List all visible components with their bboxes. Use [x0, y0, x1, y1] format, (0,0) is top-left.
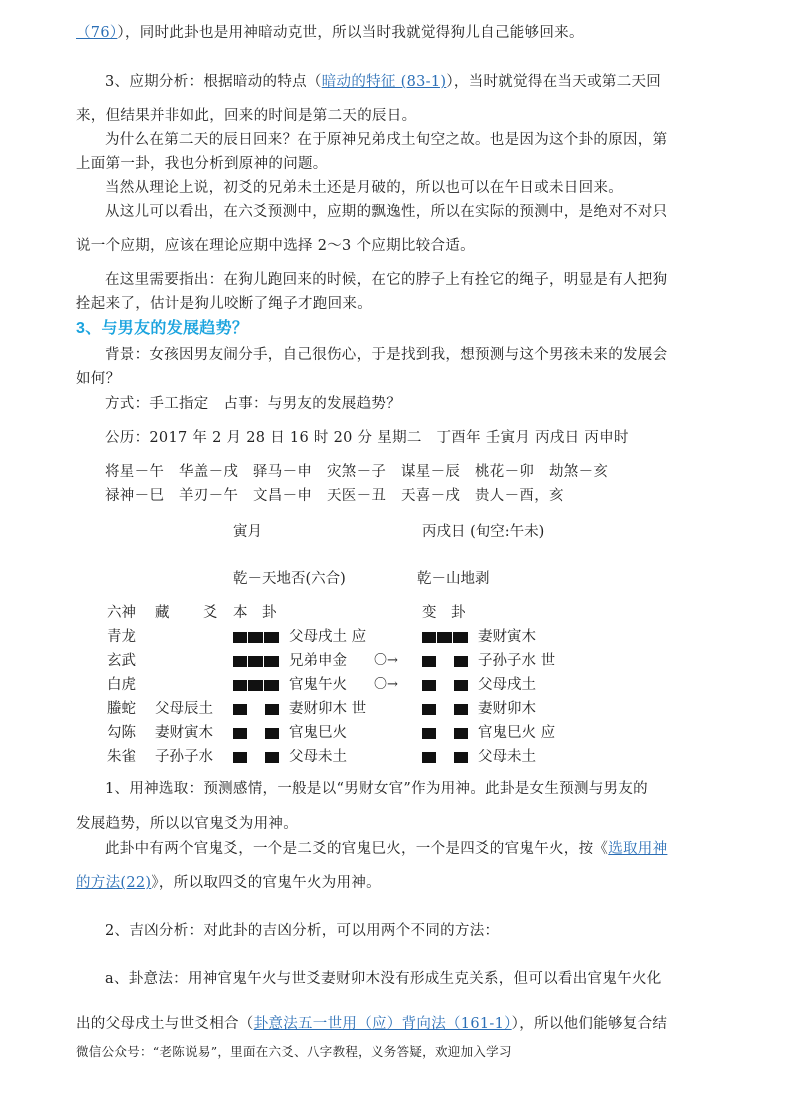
analysis-text: 出的父母戌土与世爻相合（ — [76, 1016, 254, 1032]
reference-link-76[interactable]: （76） — [76, 25, 117, 41]
bian-yao-text: 妻财寅木 — [478, 628, 536, 646]
paragraph-text: 3、应期分析：根据暗动的特点（ — [105, 74, 322, 90]
analysis-line: 1、用神选取：预测感情，一般是以“男财女官”作为用神。此卦是女生预测与男友的 — [105, 780, 648, 798]
ben-yao-text: 妻财卯木 世 — [289, 700, 366, 718]
analysis-line: 的方法(22)》，所以取四爻的官鬼午火为用神。 — [76, 874, 381, 892]
liushen: 勾陈 — [107, 724, 136, 742]
yang-line-icon — [233, 656, 279, 667]
yang-line-icon — [233, 632, 279, 643]
paragraph-line: 说一个应期，应该在理论应期中选择 2～3 个应期比较合适。 — [76, 237, 475, 255]
section-heading: 3、与男友的发展趋势？ — [76, 320, 248, 338]
yin-line-icon — [233, 704, 279, 715]
paragraph-text: ），同时此卦也是用神暗动克世，所以当时我就觉得狗儿自己能够回来。 — [117, 25, 583, 41]
analysis-line: a、卦意法：用神官鬼午火与世爻妻财卯木没有形成生克关系，但可以看出官鬼午火化 — [105, 970, 662, 988]
background-line: 如何？ — [76, 370, 120, 388]
yang-line-icon — [422, 632, 468, 643]
paragraph-line: 从这儿可以看出，在六爻预测中，应期的飘逸性，所以在实际的预测中，是绝对不对只 — [105, 203, 667, 221]
bian-yao-text: 父母未土 — [478, 748, 536, 766]
header-liushen: 六神 — [107, 604, 136, 622]
moving-line-icon: 〇→ — [374, 676, 398, 694]
background-line: 背景：女孩因男友闹分手，自己很伤心，于是找到我，想预测与这个男孩未来的发展会 — [105, 346, 667, 364]
bian-yao-text: 父母戌土 — [478, 676, 536, 694]
method-line: 方式：手工指定 占事：与男友的发展趋势？ — [105, 395, 401, 413]
reference-link-161-1[interactable]: 卦意法五一世用（应）背向法（161-1） — [254, 1016, 512, 1032]
yin-line-icon — [422, 704, 468, 715]
header-cang: 藏 — [155, 604, 170, 622]
month-label: 寅月 — [233, 523, 262, 541]
analysis-line: 出的父母戌土与世爻相合（卦意法五一世用（应）背向法（161-1）），所以他们能够… — [76, 1015, 667, 1033]
yang-line-icon — [233, 680, 279, 691]
analysis-text: 》，所以取四爻的官鬼午火为用神。 — [151, 875, 381, 891]
ben-yao-text: 官鬼午火 — [289, 676, 347, 694]
yin-line-icon — [422, 656, 468, 667]
ben-yao-text: 父母未土 — [289, 748, 347, 766]
ben-yao-text: 官鬼巳火 — [289, 724, 347, 742]
yin-line-icon — [233, 728, 279, 739]
footer-note: 微信公众号：“老陈说易”，里面在六爻、八字教程，义务答疑，欢迎加入学习 — [76, 1043, 512, 1061]
yin-line-icon — [422, 680, 468, 691]
bian-yao-text: 妻财卯木 — [478, 700, 536, 718]
paragraph-line: 上面第一卦，我也分析到原神的问题。 — [76, 155, 328, 173]
fushen: 子孙子水 — [155, 748, 213, 766]
moving-line-icon: 〇→ — [374, 652, 398, 670]
header-ben-gua: 本 卦 — [233, 604, 277, 622]
bian-yao-text: 子孙子水 世 — [478, 652, 555, 670]
ben-yao-text: 父母戌土 应 — [289, 628, 366, 646]
paragraph-text: ），当时就觉得在当天或第二天回 — [446, 74, 661, 90]
paragraph-line: 来，但结果并非如此，回来的时间是第二天的辰日。 — [76, 107, 416, 125]
analysis-line: 此卦中有两个官鬼爻，一个是二爻的官鬼巳火，一个是四爻的官鬼午火，按《选取用神 — [105, 840, 667, 858]
liushen: 玄武 — [107, 652, 136, 670]
yin-line-icon — [422, 752, 468, 763]
paragraph-line: 为什么在第二天的辰日回来？在于原神兄弟戌土旬空之故。也是因为这个卦的原因，第 — [105, 131, 667, 149]
paragraph-continuation: （76）），同时此卦也是用神暗动克世，所以当时我就觉得狗儿自己能够回来。 — [76, 24, 584, 42]
fushen: 妻财寅木 — [155, 724, 213, 742]
bian-gua-name: 乾－山地剥 — [417, 570, 490, 588]
reference-link-83-1[interactable]: 暗动的特征 (83-1) — [322, 74, 447, 90]
analysis-text: 此卦中有两个官鬼爻，一个是二爻的官鬼巳火，一个是四爻的官鬼午火，按《 — [105, 841, 608, 857]
liushen: 螣蛇 — [107, 700, 136, 718]
fushen: 父母辰土 — [155, 700, 213, 718]
liushen: 青龙 — [107, 628, 136, 646]
header-bian-gua: 变 卦 — [422, 604, 466, 622]
paragraph-timing-analysis: 3、应期分析：根据暗动的特点（暗动的特征 (83-1)），当时就觉得在当天或第二… — [105, 73, 661, 91]
reference-link-22-cont[interactable]: 的方法(22) — [76, 875, 151, 891]
analysis-line: 发展趋势，所以以官鬼爻为用神。 — [76, 815, 298, 833]
date-line: 公历：2017 年 2 月 28 日 16 时 20 分 星期二 丁酉年 壬寅月… — [105, 429, 629, 447]
liushen: 白虎 — [107, 676, 136, 694]
ben-gua-name: 乾－天地否(六合) — [233, 570, 346, 588]
reference-link-22[interactable]: 选取用神 — [608, 841, 667, 857]
day-label: 丙戌日 (旬空:午未) — [422, 523, 544, 541]
analysis-text: ），所以他们能够复合结 — [512, 1016, 668, 1032]
yin-line-icon — [233, 752, 279, 763]
bian-yao-text: 官鬼巳火 应 — [478, 724, 555, 742]
paragraph-line: 拴起来了，估计是狗儿咬断了绳子才跑回来。 — [76, 295, 372, 313]
analysis-line: 2、吉凶分析：对此卦的吉凶分析，可以用两个不同的方法： — [105, 922, 499, 940]
paragraph-line: 在这里需要指出：在狗儿跑回来的时候，在它的脖子上有拴它的绳子，明显是有人把狗 — [105, 271, 667, 289]
ben-yao-text: 兄弟申金 — [289, 652, 347, 670]
paragraph-line: 当然从理论上说，初爻的兄弟未土还是月破的，所以也可以在午日或未日回来。 — [105, 179, 623, 197]
header-yao: 爻 — [203, 604, 218, 622]
shensha-line-2: 禄神－巳 羊刃－午 文昌－申 天医－丑 天喜－戌 贵人－酉，亥 — [105, 487, 564, 505]
shensha-line-1: 将星－午 华盖－戌 驿马－申 灾煞－子 谋星－辰 桃花－卯 劫煞－亥 — [105, 463, 608, 481]
yin-line-icon — [422, 728, 468, 739]
liushen: 朱雀 — [107, 748, 136, 766]
